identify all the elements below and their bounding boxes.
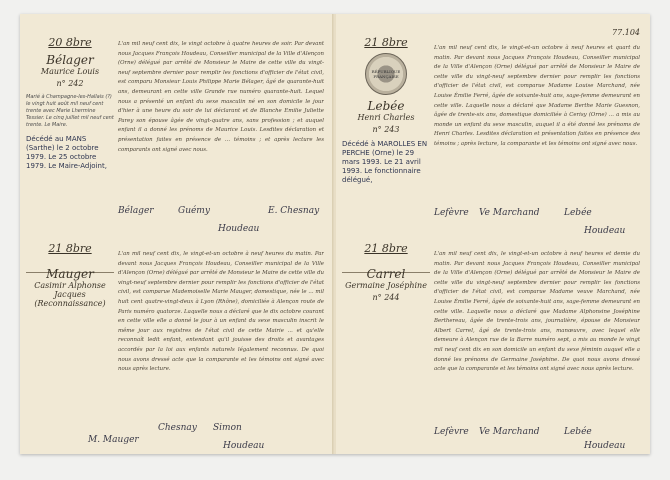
signature: Lefèvre: [434, 208, 469, 218]
entry-given-names: Germaine Joséphine: [342, 281, 430, 290]
signature: Houdeau: [584, 441, 625, 451]
entry-given-names: Maurice Louis: [26, 67, 114, 76]
death-note: Décédé à MAROLLES EN PERCHE (Orne) le 29…: [342, 140, 430, 185]
entry-margin: 20 8bre Bélager Maurice Louis n° 242 Mar…: [26, 36, 114, 171]
signature: M. Mauger: [88, 435, 139, 445]
signature: Bélager: [118, 206, 154, 216]
entry-carrel: 21 8bre Carrel Germaine Joséphine n° 244…: [336, 242, 650, 442]
entry-text: L'an mil neuf cent dix, le vingt octobre…: [118, 40, 324, 198]
signature: Chesnay: [158, 423, 197, 433]
entry-margin: 21 8bre Carrel Germaine Joséphine n° 244: [342, 242, 430, 302]
signature: Simon: [213, 423, 242, 433]
entry-surname: Lebée: [342, 99, 430, 113]
entry-signatures: M. Mauger Chesnay Simon Houdeau: [118, 427, 328, 467]
republique-francaise-stamp: RÉPUBLIQUE FRANÇAISE: [365, 53, 407, 95]
entry-type: (Reconnaissance): [26, 299, 114, 308]
signature: Guémy: [178, 206, 210, 216]
right-page: 77.104 21 8bre RÉPUBLIQUE FRANÇAISE Lebé…: [336, 14, 650, 454]
signature: Houdeau: [223, 441, 264, 451]
entry-margin: 21 8bre RÉPUBLIQUE FRANÇAISE Lebée Henri…: [342, 36, 430, 185]
signature: Lebée: [564, 427, 592, 437]
signature: Houdeau: [218, 224, 259, 234]
entry-date: 21 8bre: [342, 36, 430, 49]
entry-lebee: 21 8bre RÉPUBLIQUE FRANÇAISE Lebée Henri…: [336, 36, 650, 236]
entry-text: L'an mil neuf cent dix, le vingt-et-un o…: [434, 44, 640, 204]
signature: Houdeau: [584, 226, 625, 236]
signature: Ve Marchand: [479, 208, 540, 218]
signature: Lefèvre: [434, 427, 469, 437]
entry-text: L'an mil neuf cent dix, le vingt-et-un o…: [118, 250, 324, 425]
entry-surname: Mauger: [26, 267, 114, 281]
entry-given-names: Casimir Alphonse Jacques: [26, 281, 114, 299]
entry-surname: Carrel: [342, 267, 430, 281]
entry-number: n° 242: [26, 79, 114, 88]
entry-mauger: 21 8bre Mauger Casimir Alphonse Jacques …: [20, 242, 334, 442]
entry-date: 21 8bre: [342, 242, 430, 255]
marriage-note: Marié à Champagne-les-Hallais (?) le vin…: [26, 94, 114, 129]
death-note: Décédé au MANS (Sarthe) le 2 octobre 197…: [26, 135, 114, 171]
entry-number: n° 243: [342, 125, 430, 134]
entry-margin: 21 8bre Mauger Casimir Alphonse Jacques …: [26, 242, 114, 308]
register-book: 20 8bre Bélager Maurice Louis n° 242 Mar…: [20, 14, 650, 454]
entry-signatures: Bélager Guémy E. Chesnay Houdeau: [118, 206, 328, 246]
entry-text: L'an mil neuf cent dix, le vingt-et-un o…: [434, 250, 640, 425]
signature: Ve Marchand: [479, 427, 540, 437]
signature: Lebée: [564, 208, 592, 218]
entry-signatures: Lefèvre Ve Marchand Lebée Houdeau: [434, 427, 644, 467]
signature: E. Chesnay: [268, 206, 319, 216]
entry-given-names: Henri Charles: [342, 113, 430, 122]
entry-number: n° 244: [342, 293, 430, 302]
left-page: 20 8bre Bélager Maurice Louis n° 242 Mar…: [20, 14, 335, 454]
entry-date: 20 8bre: [26, 36, 114, 49]
entry-date: 21 8bre: [26, 242, 114, 255]
entry-belager: 20 8bre Bélager Maurice Louis n° 242 Mar…: [20, 36, 334, 236]
entry-surname: Bélager: [26, 53, 114, 67]
